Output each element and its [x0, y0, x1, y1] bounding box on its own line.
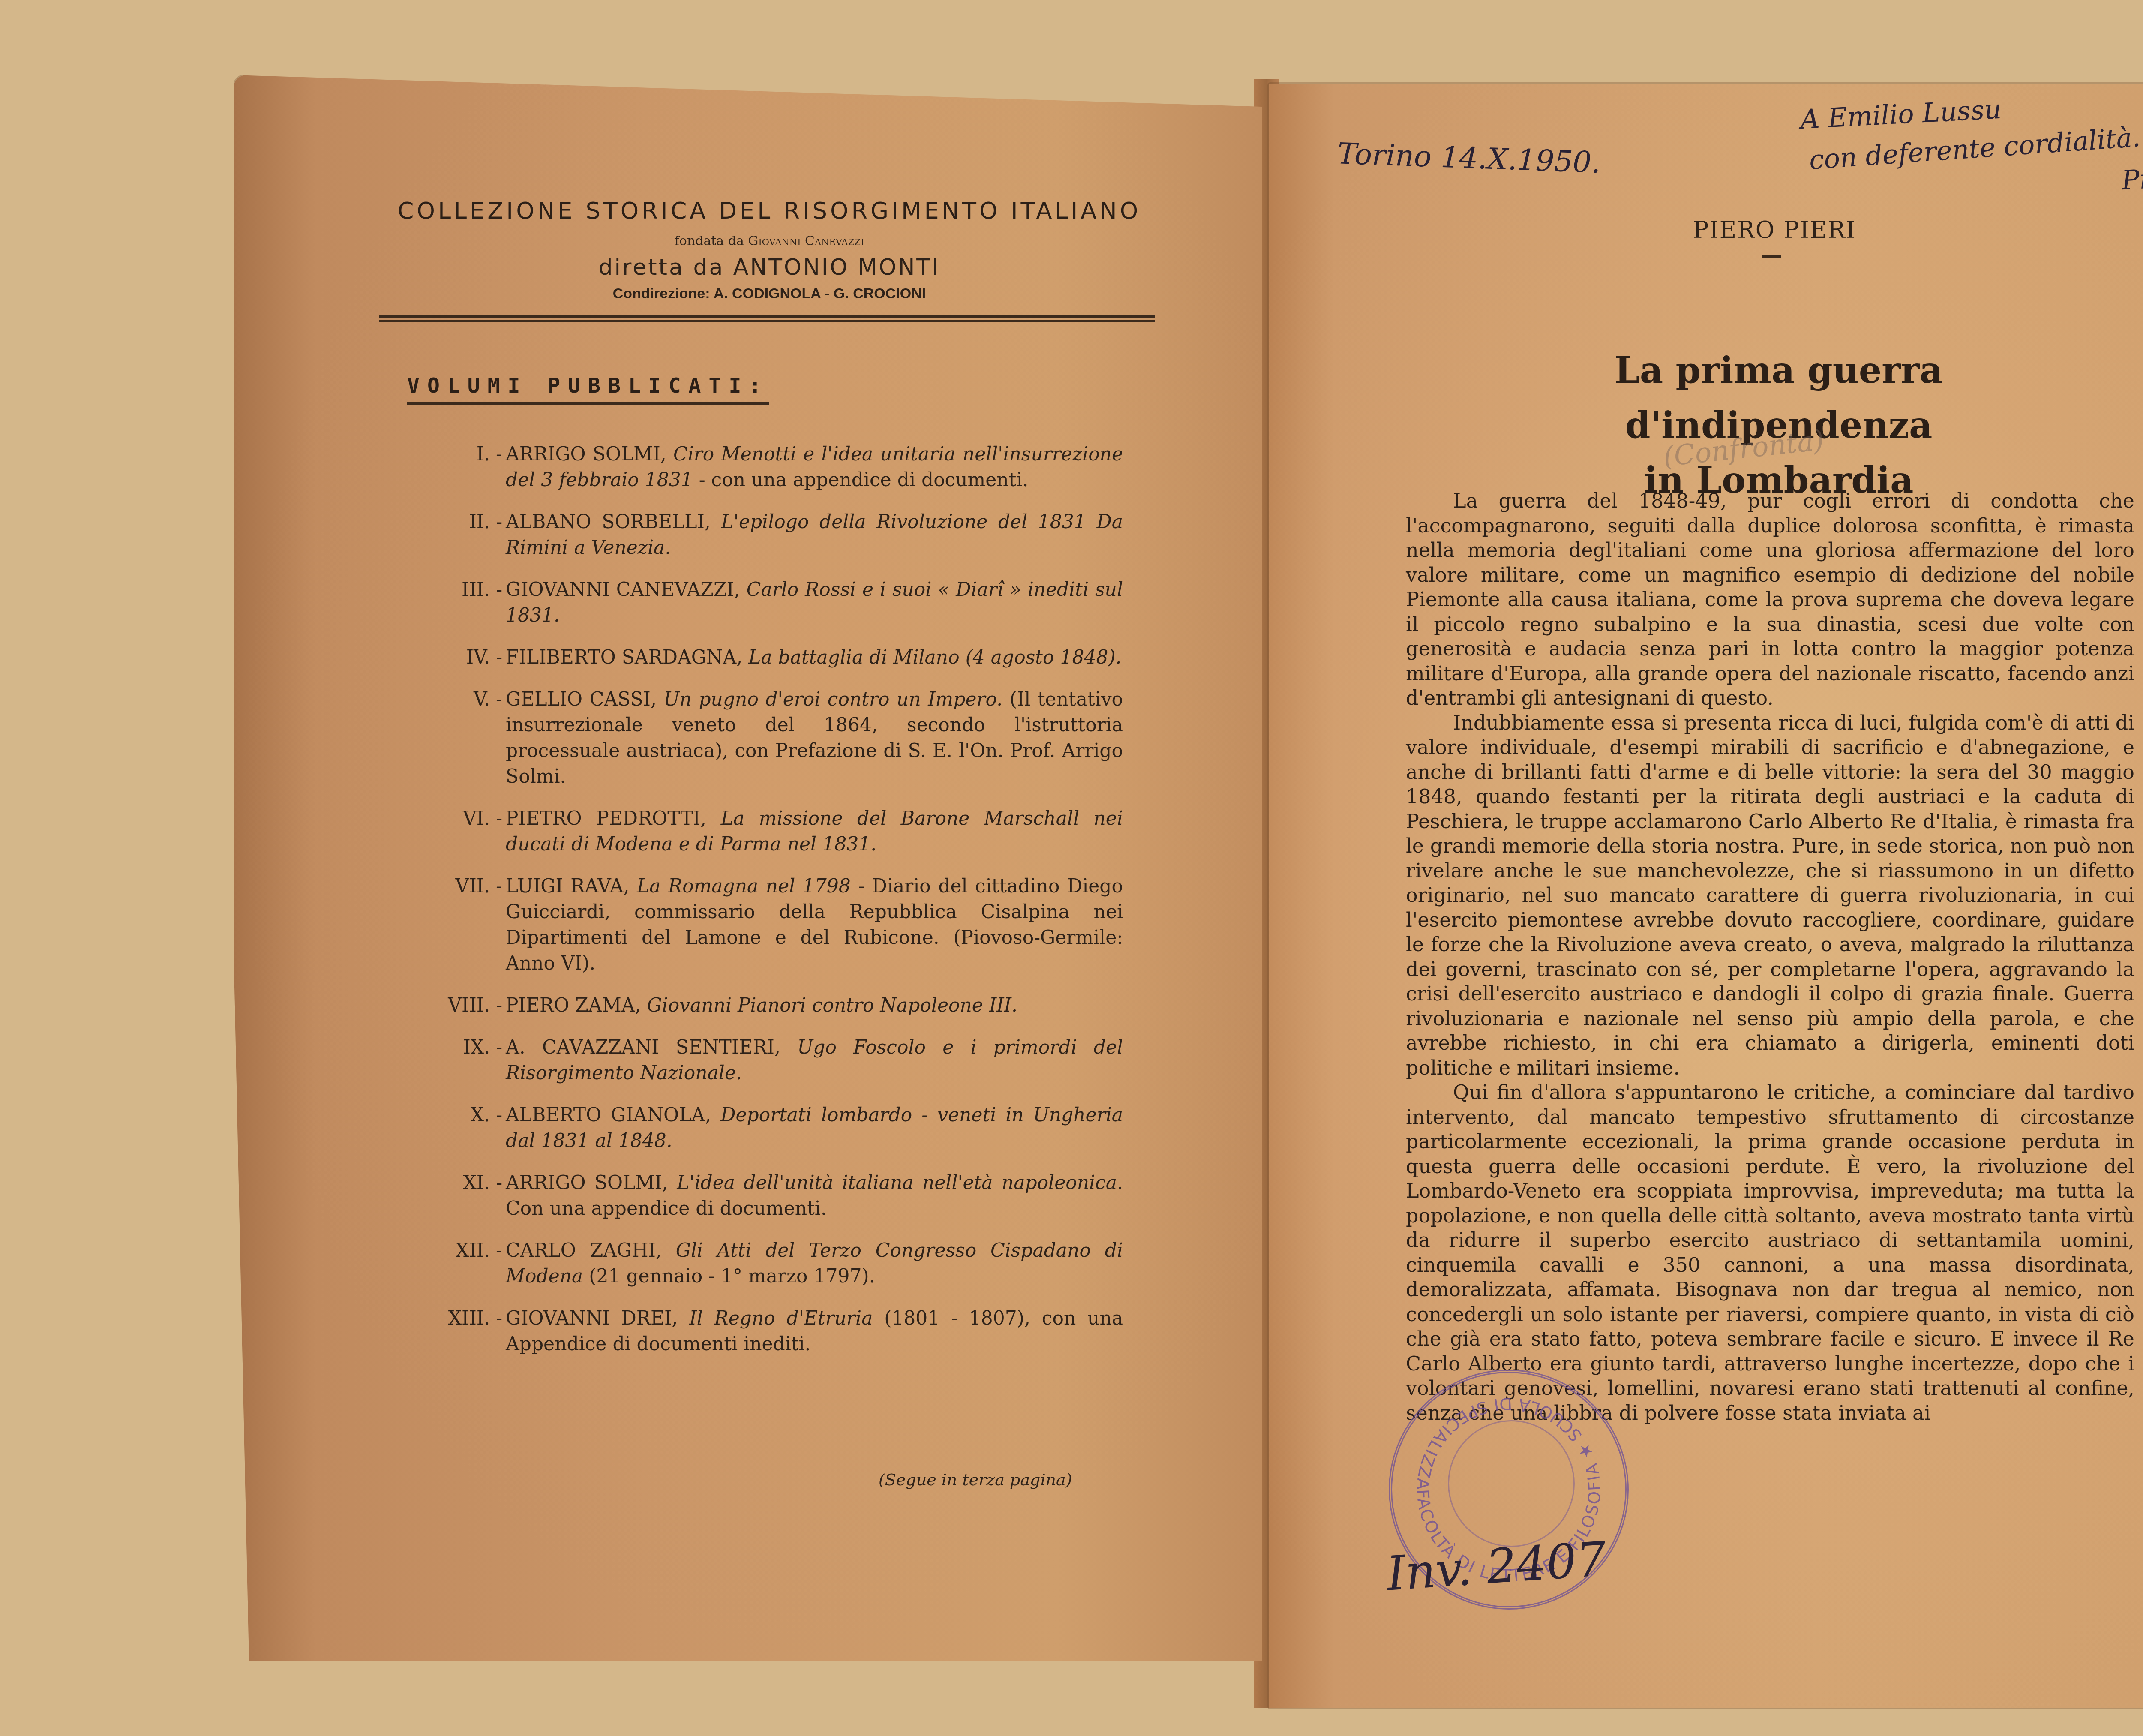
volume-author: GIOVANNI CANEVAZZI,	[506, 579, 740, 601]
volume-number: VIII. -	[411, 993, 506, 1018]
volume-text: GIOVANNI CANEVAZZI, Carlo Rossi e i suoi…	[506, 577, 1123, 628]
volume-text: CARLO ZAGHI, Gli Atti del Terzo Congress…	[506, 1238, 1123, 1289]
volume-author: ARRIGO SOLMI,	[506, 443, 666, 465]
volume-number: XII. -	[411, 1238, 506, 1289]
director-name: ANTONIO MONTI	[733, 255, 940, 280]
article-body: La guerra del 1848-49, pur cogli errori …	[1406, 489, 2134, 1425]
series-codirection: Condirezione: A. CODIGNOLA - G. CROCIONI	[377, 285, 1162, 302]
volume-author: CARLO ZAGHI,	[506, 1240, 662, 1261]
volume-text: ALBANO SORBELLI, L'epilogo della Rivoluz…	[506, 509, 1123, 561]
volume-author: PIERO ZAMA,	[506, 994, 641, 1016]
author-dash-divider	[1762, 255, 1781, 258]
volume-number: III. -	[411, 577, 506, 628]
volume-number: I. -	[411, 442, 506, 493]
series-title: COLLEZIONE STORICA DEL RISORGIMENTO ITAL…	[377, 197, 1162, 224]
volume-author: GELLIO CASSI,	[506, 688, 657, 710]
volume-title: Giovanni Pianori contro Napoleone III.	[647, 994, 1017, 1016]
volume-number: X. -	[411, 1102, 506, 1154]
volume-title: Un pugno d'eroi contro un Impero.	[664, 688, 1003, 710]
volume-text: ALBERTO GIANOLA, Deportati lombardo - ve…	[506, 1102, 1123, 1154]
article-author: PIERO PIERI	[1693, 216, 1856, 243]
volume-number: VI. -	[411, 806, 506, 857]
volume-text: LUIGI RAVA, La Romagna nel 1798 - Diario…	[506, 874, 1123, 976]
volume-author: ALBANO SORBELLI,	[506, 511, 711, 533]
volume-text: GELLIO CASSI, Un pugno d'eroi contro un …	[506, 687, 1123, 790]
volume-author: A. CAVAZZANI SENTIERI,	[506, 1036, 780, 1058]
volume-text: FILIBERTO SARDAGNA, La battaglia di Mila…	[506, 645, 1123, 670]
volumes-heading: VOLUMI PUBBLICATI:	[407, 374, 769, 405]
volume-note: - con una appendice di documenti.	[693, 469, 1029, 491]
volume-author: GIOVANNI DREI,	[506, 1307, 678, 1329]
volume-number: VII. -	[411, 874, 506, 976]
volume-entry: III. -GIOVANNI CANEVAZZI, Carlo Rossi e …	[411, 577, 1123, 628]
volume-number: XI. -	[411, 1170, 506, 1222]
volume-number: XIII. -	[411, 1306, 506, 1357]
volume-entry: XI. -ARRIGO SOLMI, L'idea dell'unità ita…	[411, 1170, 1123, 1222]
founded-by: Giovanni Canevazzi	[748, 234, 864, 249]
volume-author: ARRIGO SOLMI,	[506, 1172, 668, 1194]
volume-title: La Romagna nel 1798	[637, 875, 851, 897]
volume-text: A. CAVAZZANI SENTIERI, Ugo Foscolo e i p…	[506, 1035, 1123, 1086]
volume-entry: II. -ALBANO SORBELLI, L'epilogo della Ri…	[411, 509, 1123, 561]
volume-author: LUIGI RAVA,	[506, 875, 630, 897]
volume-author: PIETRO PEDROTTI,	[506, 808, 706, 829]
volume-entry: XIII. -GIOVANNI DREI, Il Regno d'Etruria…	[411, 1306, 1123, 1357]
director-prefix: diretta da	[599, 255, 725, 280]
volume-title: L'idea dell'unità italiana nell'età napo…	[677, 1172, 1123, 1194]
paragraph-2: Indubbiamente essa si presenta ricca di …	[1406, 711, 2134, 1081]
volume-note: Con una appendice di documenti.	[506, 1198, 827, 1219]
founded-prefix: fondata da	[675, 234, 744, 249]
continues-note: (Segue in terza pagina)	[879, 1470, 1072, 1489]
volume-number: II. -	[411, 509, 506, 561]
volume-entry: I. -ARRIGO SOLMI, Ciro Menotti e l'idea …	[411, 442, 1123, 493]
volumes-list: I. -ARRIGO SOLMI, Ciro Menotti e l'idea …	[411, 442, 1123, 1373]
volume-entry: V. -GELLIO CASSI, Un pugno d'eroi contro…	[411, 687, 1123, 790]
article-title: La prima guerra d'indipendenza in Lombar…	[1457, 343, 2100, 508]
series-header: COLLEZIONE STORICA DEL RISORGIMENTO ITAL…	[377, 197, 1162, 302]
volume-title: Il Regno d'Etruria	[689, 1307, 873, 1329]
volume-number: IV. -	[411, 645, 506, 670]
volume-number: IX. -	[411, 1035, 506, 1086]
volume-number: V. -	[411, 687, 506, 790]
volume-title: La battaglia di Milano (4 agosto 1848).	[748, 646, 1121, 668]
volume-text: PIERO ZAMA, Giovanni Pianori contro Napo…	[506, 993, 1123, 1018]
volume-entry: IX. -A. CAVAZZANI SENTIERI, Ugo Foscolo …	[411, 1035, 1123, 1086]
paragraph-1: La guerra del 1848-49, pur cogli errori …	[1406, 489, 2134, 711]
volume-author: ALBERTO GIANOLA,	[506, 1104, 711, 1126]
volume-entry: VIII. -PIERO ZAMA, Giovanni Pianori cont…	[411, 993, 1123, 1018]
volume-entry: VI. -PIETRO PEDROTTI, La missione del Ba…	[411, 806, 1123, 857]
volume-text: GIOVANNI DREI, Il Regno d'Etruria (1801 …	[506, 1306, 1123, 1357]
volume-entry: X. -ALBERTO GIANOLA, Deportati lombardo …	[411, 1102, 1123, 1154]
volume-text: ARRIGO SOLMI, L'idea dell'unità italiana…	[506, 1170, 1123, 1222]
volume-entry: IV. -FILIBERTO SARDAGNA, La battaglia di…	[411, 645, 1123, 670]
volume-note: (21 gennaio - 1° marzo 1797).	[583, 1265, 875, 1287]
volume-entry: XII. -CARLO ZAGHI, Gli Atti del Terzo Co…	[411, 1238, 1123, 1289]
series-founded: fondata da Giovanni Canevazzi	[377, 234, 1162, 249]
series-director: diretta da ANTONIO MONTI	[377, 255, 1162, 280]
volume-text: ARRIGO SOLMI, Ciro Menotti e l'idea unit…	[506, 442, 1123, 493]
volume-entry: VII. -LUIGI RAVA, La Romagna nel 1798 - …	[411, 874, 1123, 976]
volume-text: PIETRO PEDROTTI, La missione del Barone …	[506, 806, 1123, 857]
volume-author: FILIBERTO SARDAGNA,	[506, 646, 742, 668]
double-rule-divider	[379, 315, 1155, 322]
